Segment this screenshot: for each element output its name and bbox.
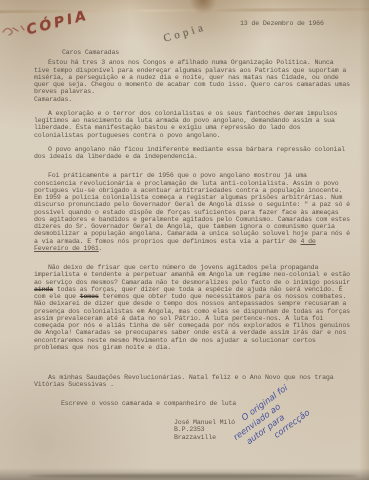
letter-paragraph: Foi práticamente a partir de 1956 que o … <box>34 172 350 252</box>
letter-paragraph: Estou há tres 3 anos nos Congos e afilha… <box>34 59 350 95</box>
letter-salutation: Caros Camaradas <box>34 49 350 56</box>
scanned-letter-page: { "document": { "date": "13 de Dezembro … <box>0 0 369 480</box>
letter-paragraph: Camaradas. <box>34 96 350 103</box>
paper-tear <box>190 0 216 13</box>
letter-paragraph: O povo angolano não ficou indiferente me… <box>34 146 350 161</box>
letter-date: 13 de Dezembro de 1966 <box>240 20 324 27</box>
paper-bottom-shadow <box>0 468 369 480</box>
letter-paragraph: A exploração e o terror dos colonialista… <box>34 110 350 139</box>
paper-edge-shading <box>359 0 369 480</box>
letter-paragraph: Não deixo de frisar que certo número de … <box>34 264 350 351</box>
letter-paragraphs: Estou há tres 3 anos nos Congos e afilha… <box>34 59 350 388</box>
